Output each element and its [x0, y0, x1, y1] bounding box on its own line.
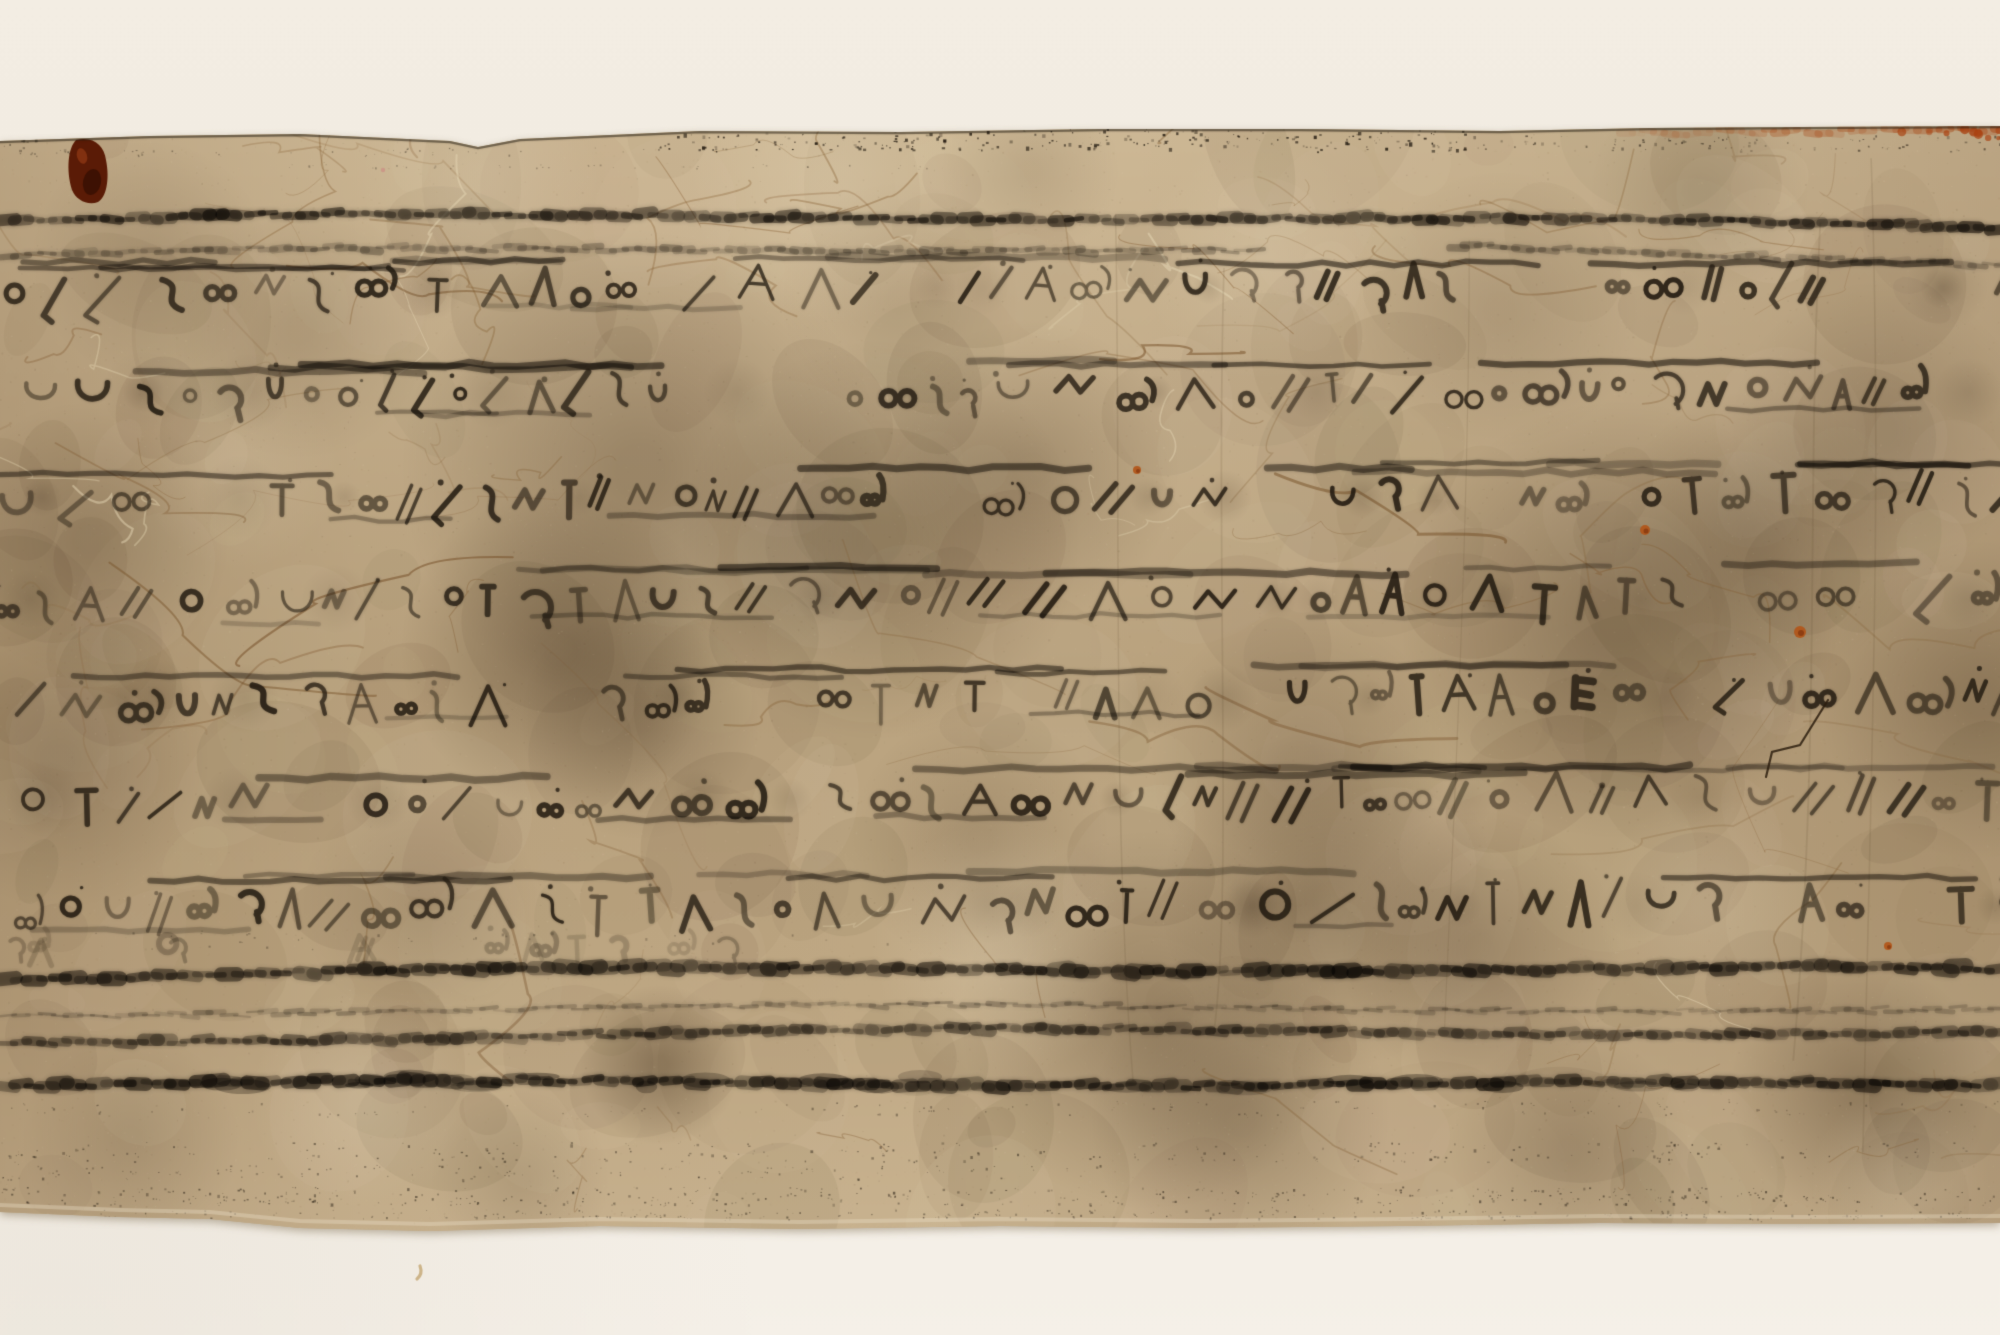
photo-backdrop	[0, 0, 2000, 1335]
manuscript-image	[0, 0, 2000, 1335]
